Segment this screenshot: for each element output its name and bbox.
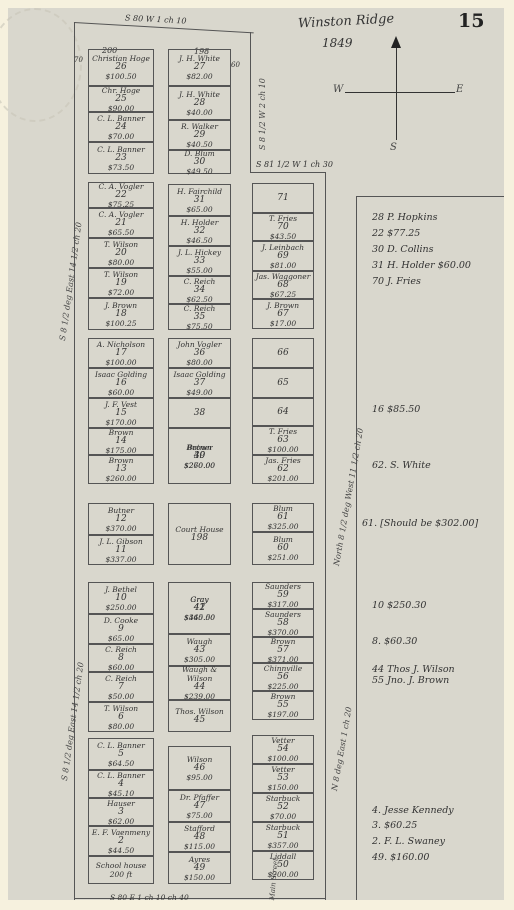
lot-lot: 70 (277, 223, 288, 232)
lot-45: Thos. Wilson45 (168, 700, 231, 732)
lot-price: $55.00 (186, 266, 212, 275)
lot-lot: 13 (115, 465, 126, 474)
lot-price: $260.00 (105, 474, 136, 483)
lot-lot: 57 (277, 646, 288, 655)
lot-15: J. F. Vest15$170.00 (88, 398, 154, 428)
lot-68: Jas. Waggoner68$67.25 (252, 271, 314, 299)
lot-32: H. Holder32$46.50 (168, 216, 231, 246)
lot-lot: 52 (277, 803, 288, 812)
lot-price: $81.00 (270, 261, 296, 270)
lot-58: Saunders58$370.00 (252, 609, 314, 637)
lot-lot: 36 (194, 349, 205, 358)
lot-price: $150.00 (267, 783, 298, 792)
lot-21: C. A. Vogler21$65.50 (88, 208, 154, 238)
lot-69: J. Leinbach69$81.00 (252, 241, 314, 271)
lot-price: $62.50 (186, 295, 212, 304)
lot-price: $100.25 (105, 319, 136, 328)
side-note: 3. $60.25 (372, 820, 417, 831)
lot-2: E. F. Vaenmeny2$44.50 (88, 826, 154, 856)
lot-price: $325.00 (267, 522, 298, 531)
lot-price: $250.00 (105, 603, 136, 612)
lot-lot: 32 (194, 227, 205, 236)
side-note: 44 Thos J. Wilson (372, 664, 455, 675)
lot-price: $80.00 (108, 258, 134, 267)
side-note: 49. $160.00 (372, 852, 429, 863)
lot-35: C. Reich35$75.50 (168, 304, 231, 330)
lot-63: T. Fries63$100.00 (252, 426, 314, 455)
lot-price: $49.50 (186, 167, 212, 176)
lot-lot: 17 (115, 349, 126, 358)
lot-price: $60.00 (108, 663, 134, 672)
lot-lot: 31 (194, 196, 205, 205)
lot-71: 71 (252, 183, 314, 213)
left-corner-dimension: 70 (74, 56, 83, 64)
lot-lot: 53 (277, 774, 288, 783)
side-note: 31 H. Holder $60.00 (372, 260, 471, 271)
lot-lot: 6 (118, 713, 124, 722)
lot-lot: 7 (118, 683, 124, 692)
lot-price: $64.50 (108, 759, 134, 768)
lot-5: C. L. Banner5$64.50 (88, 738, 154, 770)
lot-lot: 38 (194, 409, 205, 418)
lot-lot: 9 (118, 625, 124, 634)
lot-lot: 29 (194, 131, 205, 140)
lot-lot: 12 (115, 515, 126, 524)
lot-lot: 64 (277, 408, 288, 417)
lot-price: $65.00 (186, 205, 212, 214)
lot-lot: 48 (194, 833, 205, 842)
boundary-upper-right (250, 32, 251, 172)
north-arrow-icon (391, 36, 401, 48)
lot-lot: 28 (194, 99, 205, 108)
lot-price: $200.00 (267, 870, 298, 879)
lot-41: Gray41$445.50 (168, 582, 231, 634)
lot-lot: 18 (115, 310, 126, 319)
lot-price: $67.25 (270, 290, 296, 299)
lot-price: $70.00 (108, 132, 134, 141)
lot-price: $150.00 (184, 873, 215, 882)
lot-lot: 45 (194, 716, 205, 725)
lot-lot: 21 (115, 219, 126, 228)
lot-19: T. Wilson19$72.00 (88, 268, 154, 298)
lot-price: $49.00 (186, 388, 212, 397)
lot-lot: 26 (115, 63, 126, 72)
lot-price: $45.10 (108, 789, 134, 798)
lot-lot: 10 (115, 594, 126, 603)
lot-price: $370.00 (267, 628, 298, 637)
lot-price: $357.00 (267, 841, 298, 850)
lot-lot: 58 (277, 619, 288, 628)
side-note: 61. [Should be $302.00] (362, 518, 478, 529)
lot-60: Blum60$251.00 (252, 532, 314, 565)
lot-lot: 51 (277, 832, 288, 841)
lot-price: $40.00 (186, 108, 212, 117)
boundary-step (250, 172, 325, 173)
lot-lot: 20 (115, 249, 126, 258)
side-note: 70 J. Fries (372, 276, 421, 287)
lot-40: Brown40$270.00 (168, 428, 231, 484)
lot-46: Wilson46$95.00 (168, 746, 231, 790)
lot-lot: 37 (194, 379, 205, 388)
lot-lot: 22 (115, 191, 126, 200)
lot-lot: 68 (277, 281, 288, 290)
lot-25: Chr. Hoge25$90.00 (88, 86, 154, 112)
lot-lot: 65 (277, 379, 288, 388)
lot-lot: 19 (115, 279, 126, 288)
lot-price: $46.50 (186, 236, 212, 245)
lot-price: $197.00 (267, 710, 298, 719)
lot-26: Christian Hoge26$100.50 (88, 49, 154, 86)
lot-price: $370.00 (105, 524, 136, 533)
lot-lot: 2 (118, 837, 124, 846)
lot-16: Isaac Golding16$60.00 (88, 368, 154, 398)
lot-lot: 11 (115, 546, 126, 555)
middle-corner-dimension: 60 (231, 61, 240, 69)
upper-right-step-label: S 81 1/2 W 1 ch 30 (256, 160, 333, 169)
lot-price: $317.00 (267, 600, 298, 609)
lot-64: 64 (252, 398, 314, 426)
lot-198: Court House198 (168, 503, 231, 565)
lot-price: $60.00 (108, 388, 134, 397)
lot-65: 65 (252, 368, 314, 398)
side-note: 2. F. L. Swaney (372, 836, 445, 847)
lot-24: C. L. Banner24$70.00 (88, 112, 154, 142)
lot-50: Liddall50$200.00 (252, 851, 314, 880)
lot-price: $65.00 (108, 634, 134, 643)
lot-66: 66 (252, 338, 314, 368)
lot-price: $251.00 (267, 553, 298, 562)
side-note: 28 P. Hopkins (372, 212, 438, 223)
lot-13: Brown13$260.00 (88, 455, 154, 484)
lot-price: $40.50 (186, 140, 212, 149)
lot-51: Starbuck51$357.00 (252, 822, 314, 851)
street-right-edge (356, 196, 357, 900)
lot-lot: 61 (277, 513, 288, 522)
side-note: 16 $85.50 (372, 404, 420, 415)
lot-lot: 33 (194, 257, 205, 266)
lot-price: $270.00 (184, 461, 215, 470)
lot-lot: 63 (277, 436, 288, 445)
lot-price: $72.00 (108, 288, 134, 297)
lot-lot: 59 (277, 591, 288, 600)
lot-lot: 56 (277, 673, 288, 682)
compass-south-label: S (390, 142, 397, 153)
lot-price: 200 ft (110, 870, 133, 879)
lot-44: Waugh & Wilson44$239.00 (168, 666, 231, 700)
lot-11: J. L. Gibson11$337.00 (88, 535, 154, 565)
compass-north-south-line (396, 40, 397, 140)
lot-52: Starbuck52$70.00 (252, 793, 314, 822)
lot-57: Brown57$371.00 (252, 637, 314, 663)
lot-price: $170.00 (105, 418, 136, 427)
lot-31: H. Fairchild31$65.00 (168, 184, 231, 216)
lot-lot: 54 (277, 745, 288, 754)
lot-48: Stafford48$115.00 (168, 822, 231, 852)
lot-lot: 55 (277, 701, 288, 710)
lot-lot: 5 (118, 750, 124, 759)
lot-lot: 67 (277, 310, 288, 319)
lot-47: Dr. Pfaffer47$75.00 (168, 790, 231, 822)
lot-61: Blum61$325.00 (252, 503, 314, 532)
lot-price: $100.00 (267, 754, 298, 763)
lot-price: $43.50 (270, 232, 296, 241)
lot-lot: 62 (277, 465, 288, 474)
lot-price: $75.00 (186, 811, 212, 820)
lot-lot: 49 (194, 864, 205, 873)
lot-8: C. Reich8$60.00 (88, 644, 154, 672)
lot-9: D. Cooke9$65.00 (88, 614, 154, 644)
upper-right-vertical-label: S 8 1/2 W 2 ch 10 (258, 78, 267, 150)
lot-67: J. Brown67$17.00 (252, 299, 314, 329)
lot-10: J. Bethel10$250.00 (88, 582, 154, 614)
lot-schoolhouse: School house200 ft (88, 856, 154, 884)
lot-price: $44.50 (108, 846, 134, 855)
lot-lot: 44 (194, 683, 205, 692)
lot-70: T. Fries70$43.50 (252, 213, 314, 241)
lot-price: $80.00 (186, 358, 212, 367)
side-note: 8. $60.30 (372, 636, 417, 647)
lot-lot: 60 (277, 544, 288, 553)
lot-lot: 71 (277, 194, 288, 203)
lot-23: C. L. Banner23$73.50 (88, 142, 154, 174)
lot-14: Brown14$175.00 (88, 428, 154, 455)
lot-49: Ayres49$150.00 (168, 852, 231, 884)
lot-37: Isaac Golding37$49.00 (168, 368, 231, 398)
lot-34: C. Reich34$62.50 (168, 276, 231, 304)
lot-price: $80.00 (108, 722, 134, 731)
map-year: 1849 (322, 36, 353, 50)
lot-7: C. Reich7$50.00 (88, 672, 154, 702)
lot-lot: 34 (194, 286, 205, 295)
lot-price: $201.00 (267, 474, 298, 483)
lot-lot: 198 (191, 534, 208, 543)
lot-6: T. Wilson6$80.00 (88, 702, 154, 732)
boundary-bottom-label: S 80 E 1 ch 10 ch 40 (110, 893, 189, 902)
lot-lot: 8 (118, 654, 124, 663)
lot-lot: 4 (118, 780, 124, 789)
lot-17: A. Nicholson17$100.00 (88, 338, 154, 368)
lot-lot: 66 (277, 349, 288, 358)
lot-lot: 3 (118, 808, 124, 817)
lot-lot: 30 (194, 158, 205, 167)
lot-lot: 25 (115, 95, 126, 104)
lot-lot: 46 (194, 764, 205, 773)
lot-price: $65.50 (108, 228, 134, 237)
lot-54: Vetter54$100.00 (252, 735, 314, 764)
side-note: 30 D. Collins (372, 244, 434, 255)
boundary-left (74, 22, 75, 900)
lot-price: $100.00 (267, 445, 298, 454)
lot-lot: 69 (277, 252, 288, 261)
lot-lot: 16 (115, 379, 126, 388)
lot-price: $17.00 (270, 319, 296, 328)
lot-price: $70.00 (270, 812, 296, 821)
lot-56: Chinnville56$225.00 (252, 663, 314, 691)
compass-west-label: W (333, 84, 343, 95)
lot-price: $115.00 (184, 842, 215, 851)
lot-55: Brown55$197.00 (252, 691, 314, 720)
lot-price: $95.00 (186, 773, 212, 782)
library-stamp-seal (0, 8, 82, 122)
lot-price: $305.00 (184, 655, 215, 664)
lot-price: $175.00 (105, 446, 136, 455)
lot-lot: 41 (194, 604, 205, 613)
lot-lot: 50 (277, 861, 288, 870)
side-note: 55 Jno. J. Brown (372, 675, 449, 686)
lot-4: C. L. Banner4$45.10 (88, 770, 154, 798)
lot-lot: 27 (194, 63, 205, 72)
lot-62: Jas. Fries62$201.00 (252, 455, 314, 484)
page-number: 15 (458, 10, 484, 32)
side-note: 62. S. White (372, 460, 431, 471)
lot-lot: 24 (115, 123, 126, 132)
lot-lot: 40 (194, 452, 205, 461)
lot-price: $73.50 (108, 163, 134, 172)
side-note: 4. Jesse Kennedy (372, 805, 454, 816)
lot-53: Vetter53$150.00 (252, 764, 314, 793)
lot-lot: 15 (115, 409, 126, 418)
lot-owner: Waugh & Wilson (169, 665, 230, 683)
lot-price: $75.50 (186, 322, 212, 331)
compass-east-label: E (456, 84, 463, 95)
lot-18: J. Brown18$100.25 (88, 298, 154, 330)
lot-22: C. A. Vogler22$75.25 (88, 182, 154, 208)
lot-lot: 47 (194, 802, 205, 811)
boundary-right (325, 172, 326, 900)
lot-price: $100.50 (105, 72, 136, 81)
lot-lot: 23 (115, 154, 126, 163)
lot-30: D. Blum30$49.50 (168, 150, 231, 174)
lot-33: J. L. Hickey33$55.00 (168, 246, 231, 276)
lot-12: Butner12$370.00 (88, 503, 154, 535)
lot-28: J. H. White28$40.00 (168, 86, 231, 120)
lot-price: $445.50 (184, 613, 215, 622)
annex-top-edge (356, 196, 504, 197)
lot-price: $225.00 (267, 682, 298, 691)
lot-38: 38 (168, 398, 231, 428)
lot-59: Saunders59$317.00 (252, 582, 314, 609)
lot-lot: 35 (194, 313, 205, 322)
compass-east-west-line (345, 92, 455, 93)
lot-43: Waugh43$305.00 (168, 634, 231, 666)
lot-29: R. Walker29$40.50 (168, 120, 231, 150)
lot-owner: School house (96, 861, 146, 870)
lot-20: T. Wilson20$80.00 (88, 238, 154, 268)
lot-lot: 14 (115, 437, 126, 446)
lot-36: John Vogler36$80.00 (168, 338, 231, 368)
lot-price: $50.00 (108, 692, 134, 701)
lot-price: $337.00 (105, 555, 136, 564)
lot-3: Hauser3$62.00 (88, 798, 154, 826)
lot-lot: 43 (194, 646, 205, 655)
lot-price: $100.00 (105, 358, 136, 367)
lot-price: $62.00 (108, 817, 134, 826)
side-note: 10 $250.30 (372, 600, 426, 611)
lot-price: $82.00 (186, 72, 212, 81)
lot-27: J. H. White27$82.00 (168, 49, 231, 86)
side-note: 22 $77.25 (372, 228, 420, 239)
